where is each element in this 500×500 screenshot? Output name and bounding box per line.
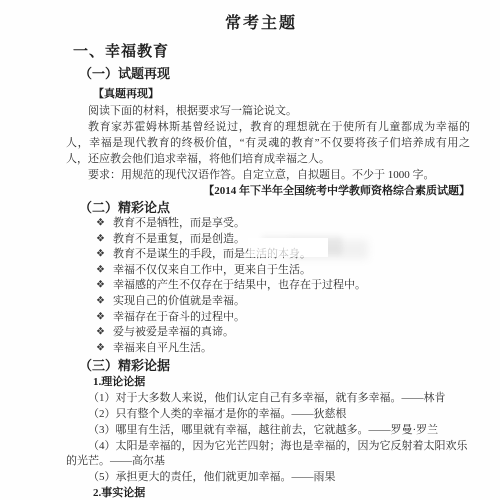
quote-item: （5）承担更大的责任，他们就更加幸福。——雨果	[66, 470, 470, 486]
list-item: ❖教育不是牺牲，而是享受。	[96, 216, 470, 232]
requirement-paragraph: 要求：用规范的现代汉语作答。自定立意，自拟题目。不少于 1000 字。	[66, 167, 470, 183]
point-text: 教育不是谋生的手段，而是生活的本身。	[113, 248, 311, 260]
list-item: ❖幸福不仅仅来自工作中，更来自于生活。	[96, 263, 470, 279]
point-text: 幸福不仅仅来自工作中，更来自于生活。	[113, 264, 311, 276]
diamond-bullet-icon: ❖	[96, 216, 105, 232]
diamond-bullet-icon: ❖	[96, 293, 105, 309]
diamond-bullet-icon: ❖	[96, 340, 105, 356]
subsection-heading-key-evidence: （三）精彩论据	[79, 358, 470, 374]
list-item: ❖实现自己的价值就是幸福。	[96, 294, 470, 310]
list-item: ❖爱与被爱是幸福的真谛。	[96, 325, 470, 341]
subsection-heading-exam-question: （一）试题再现	[79, 66, 470, 82]
subsection-heading-key-points: （二）精彩论点	[79, 200, 470, 216]
list-item: ❖幸福存在于奋斗的过程中。	[96, 310, 470, 326]
theoretical-quotes-list: （1）对于大多数人来说，他们认定自己有多幸福，就有多幸福。——林肯 （2）只有整…	[66, 391, 470, 486]
list-item: ❖教育不是谋生的手段，而是生活的本身。	[96, 247, 470, 263]
quote-item: （1）对于大多数人来说，他们认定自己有多幸福，就有多幸福。——林肯	[66, 391, 470, 407]
point-text: 爱与被爱是幸福的真谛。	[113, 326, 234, 338]
diamond-bullet-icon: ❖	[96, 247, 105, 263]
block-label-real-question: 【真题再现】	[93, 87, 470, 102]
point-text: 教育不是牺牲，而是享受。	[113, 217, 245, 229]
quote-item: （4）太阳是幸福的，因为它光芒四射；海也是幸福的，因为它反射着太阳欢乐的光芒。—…	[66, 439, 470, 470]
argument-points-list: ❖教育不是牺牲，而是享受。 ❖教育不是重复，而是创造。 ❖教育不是谋生的手段，而…	[66, 216, 470, 356]
document-page: 常考主题 一、幸福教育 （一）试题再现 【真题再现】 阅读下面的材料，根据要求写…	[0, 0, 500, 500]
sub-label-factual-evidence: 2.事实论据	[93, 486, 470, 500]
diamond-bullet-icon: ❖	[96, 309, 105, 325]
page-title: 常考主题	[59, 14, 463, 34]
list-item: ❖幸福来自平凡生活。	[96, 341, 470, 357]
section-heading-happiness-education: 一、幸福教育	[73, 43, 470, 61]
point-text: 教育不是重复，而是创造。	[113, 233, 245, 245]
quote-item: （3）哪里有生活，哪里就有幸福，越往前去，它就越多。——罗曼·罗兰	[66, 423, 470, 439]
diamond-bullet-icon: ❖	[96, 231, 105, 247]
point-text: 实现自己的价值就是幸福。	[113, 295, 245, 307]
diamond-bullet-icon: ❖	[96, 262, 105, 278]
source-line: 【2014 年下半年全国统考中学教师资格综合素质试题】	[66, 183, 470, 199]
material-paragraph: 教育家苏霍姆林斯基曾经说过，教育的理想就在于使所有儿童都成为幸福的人，幸福是现代…	[66, 119, 470, 167]
quote-item: （2）只有整个人类的幸福才是你的幸福。——狄慈根	[66, 407, 470, 423]
sub-label-theoretical-evidence: 1.理论论据	[93, 375, 470, 390]
point-text: 幸福存在于奋斗的过程中。	[113, 311, 245, 323]
diamond-bullet-icon: ❖	[96, 278, 105, 294]
point-text: 幸福来自平凡生活。	[113, 342, 212, 354]
point-text: 幸福感的产生不仅存在于结果中，也存在于过程中。	[113, 279, 366, 291]
intro-paragraph: 阅读下面的材料，根据要求写一篇论说文。	[66, 103, 470, 119]
document-content: 常考主题 一、幸福教育 （一）试题再现 【真题再现】 阅读下面的材料，根据要求写…	[66, 0, 470, 500]
list-item: ❖教育不是重复，而是创造。	[96, 232, 470, 248]
diamond-bullet-icon: ❖	[96, 325, 105, 341]
list-item: ❖幸福感的产生不仅存在于结果中，也存在于过程中。	[96, 278, 470, 294]
